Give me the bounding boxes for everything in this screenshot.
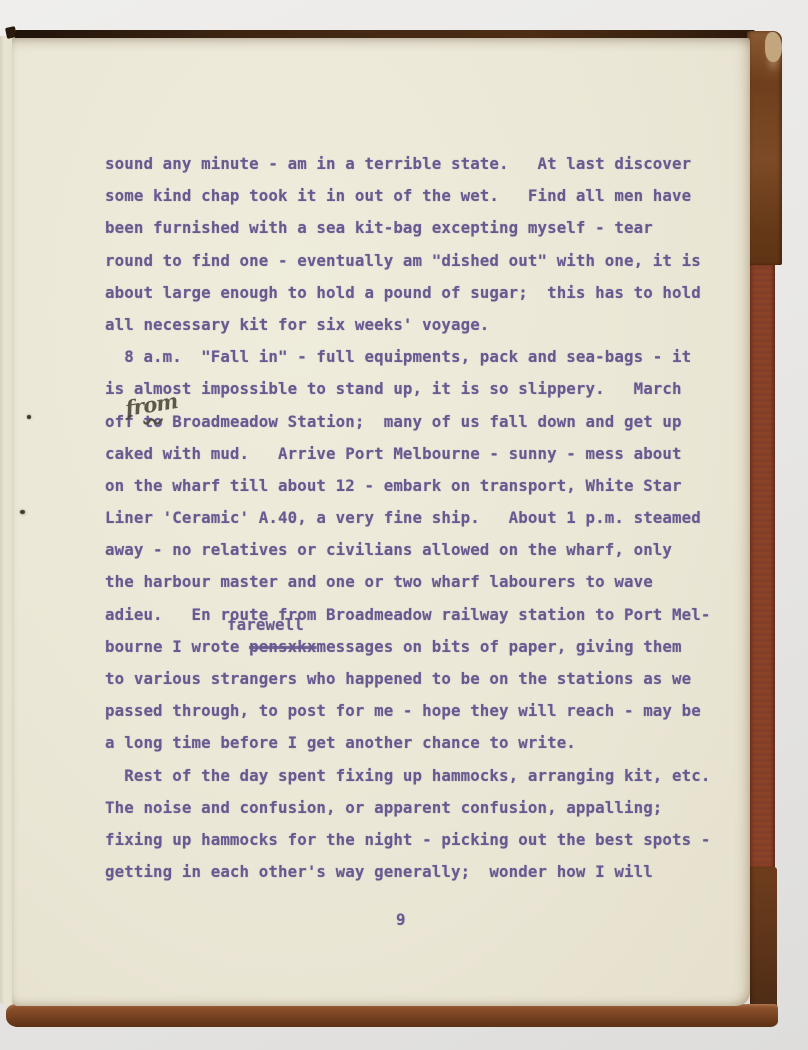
text-segment: the harbour master and one or two wharf … bbox=[105, 572, 653, 591]
text-segment: sound any minute - am in a terrible stat… bbox=[105, 154, 691, 173]
text-line: the harbour master and one or two wharf … bbox=[105, 566, 710, 598]
page-number: 9 bbox=[396, 910, 406, 929]
text-segment: about large enough to hold a pound of su… bbox=[105, 283, 701, 302]
text-segment: is almost impossible to stand up, it is … bbox=[105, 379, 682, 398]
text-segment: 8 a.m. "Fall in" - full equipments, pack… bbox=[105, 347, 691, 366]
text-segment: Rest of the day spent fixing up hammocks… bbox=[105, 766, 710, 785]
interlinear-typed-insertion: farewell bbox=[227, 615, 304, 634]
text-line: round to find one - eventually am "dishe… bbox=[105, 245, 710, 277]
text-line: fixing up hammocks for the night - picki… bbox=[105, 824, 710, 856]
text-line: bourne I wrote pensxkxmessages on bits o… bbox=[105, 631, 710, 663]
text-line: 8 a.m. "Fall in" - full equipments, pack… bbox=[105, 341, 710, 373]
book-cover-bottom-edge bbox=[6, 1004, 778, 1027]
worn-frayed-patch bbox=[765, 32, 782, 62]
text-segment: some kind chap took it in out of the wet… bbox=[105, 186, 691, 205]
ink-speck bbox=[20, 510, 25, 514]
text-line: The noise and confusion, or apparent con… bbox=[105, 792, 710, 824]
typed-text-block: sound any minute - am in a terrible stat… bbox=[105, 148, 710, 888]
text-segment: on the wharf till about 12 - embark on t… bbox=[105, 476, 682, 495]
text-segment: fixing up hammocks for the night - picki… bbox=[105, 830, 710, 849]
text-segment: passed through, to post for me - hope th… bbox=[105, 701, 701, 720]
ink-speck bbox=[27, 415, 31, 419]
text-segment: messages on bits of paper, giving them bbox=[316, 637, 681, 656]
text-line: Liner 'Ceramic' A.40, a very fine ship. … bbox=[105, 502, 710, 534]
text-line: sound any minute - am in a terrible stat… bbox=[105, 148, 710, 180]
leather-corner-bottom bbox=[750, 867, 777, 1017]
struck-word: pensxkx bbox=[249, 637, 316, 656]
text-line: about large enough to hold a pound of su… bbox=[105, 277, 710, 309]
cloth-spine-strip bbox=[750, 265, 775, 867]
diary-page: sound any minute - am in a terrible stat… bbox=[12, 38, 750, 1006]
text-segment: caked with mud. Arrive Port Melbourne - … bbox=[105, 444, 682, 463]
text-segment: to various strangers who happened to be … bbox=[105, 669, 691, 688]
text-segment: away - no relatives or civilians allowed… bbox=[105, 540, 672, 559]
leather-corner-top bbox=[747, 31, 782, 265]
text-line: been furnished with a sea kit-bag except… bbox=[105, 212, 710, 244]
text-segment: round to find one - eventually am "dishe… bbox=[105, 251, 701, 270]
text-segment: a long time before I get another chance … bbox=[105, 733, 576, 752]
text-line: is almost impossible to stand up, it is … bbox=[105, 373, 710, 405]
text-line: getting in each other's way generally; w… bbox=[105, 856, 710, 888]
text-line: all necessary kit for six weeks' voyage. bbox=[105, 309, 710, 341]
text-segment: all necessary kit for six weeks' voyage. bbox=[105, 315, 489, 334]
text-segment: Liner 'Ceramic' A.40, a very fine ship. … bbox=[105, 508, 701, 527]
book-cover-right-edge bbox=[750, 31, 780, 1017]
text-segment: been furnished with a sea kit-bag except… bbox=[105, 218, 653, 237]
text-line: passed through, to post for me - hope th… bbox=[105, 695, 710, 727]
text-line: some kind chap took it in out of the wet… bbox=[105, 180, 710, 212]
text-line: to various strangers who happened to be … bbox=[105, 663, 710, 695]
text-line: on the wharf till about 12 - embark on t… bbox=[105, 470, 710, 502]
text-segment: getting in each other's way generally; w… bbox=[105, 862, 653, 881]
text-line: Rest of the day spent fixing up hammocks… bbox=[105, 760, 710, 792]
text-line: adieu. En route from Broadmeadow railway… bbox=[105, 599, 710, 631]
text-segment: adieu. En route from Broadmeadow railway… bbox=[105, 605, 710, 624]
text-line: off to Broadmeadow Station; many of us f… bbox=[105, 406, 710, 438]
text-segment: Broadmeadow Station; many of us fall dow… bbox=[163, 412, 682, 431]
text-line: caked with mud. Arrive Port Melbourne - … bbox=[105, 438, 710, 470]
text-segment: The noise and confusion, or apparent con… bbox=[105, 798, 662, 817]
text-segment: bourne I wrote bbox=[105, 637, 249, 656]
text-line: away - no relatives or civilians allowed… bbox=[105, 534, 710, 566]
text-line: a long time before I get another chance … bbox=[105, 727, 710, 759]
